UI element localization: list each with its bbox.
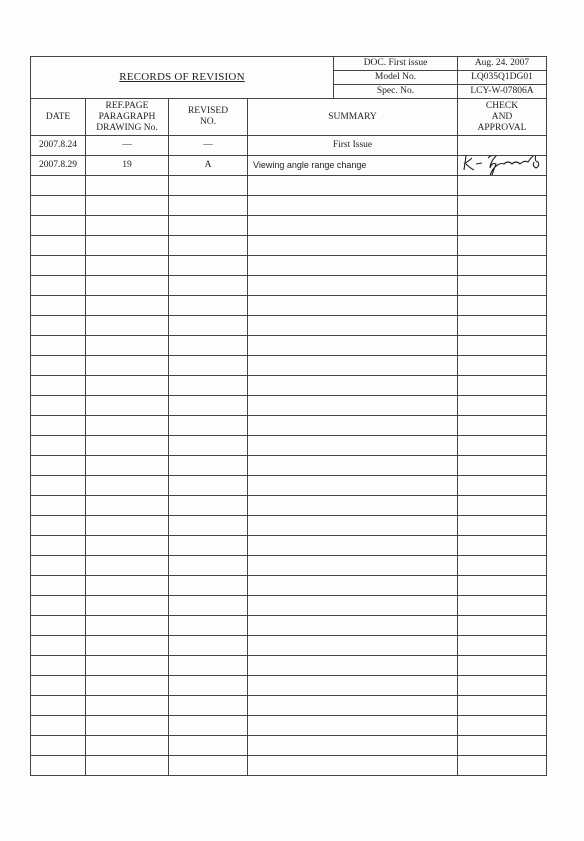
- revised-header-line-1: REVISED: [169, 106, 247, 117]
- row-summary: [248, 596, 458, 616]
- row-ref: [86, 736, 169, 756]
- column-header-row: DATE REF.PAGE PARAGRAPH DRAWING No. REVI…: [31, 99, 547, 136]
- row-date: [31, 556, 86, 576]
- row-date: [31, 456, 86, 476]
- row-date: [31, 716, 86, 736]
- row-summary: [248, 716, 458, 736]
- table-row: 2007.8.29 19 A Viewing angle range chang…: [31, 156, 547, 176]
- row-revised: [169, 636, 248, 656]
- row-summary: [248, 556, 458, 576]
- row-ref: [86, 656, 169, 676]
- row-check: [458, 276, 547, 296]
- row-check: [458, 596, 547, 616]
- row-ref: [86, 236, 169, 256]
- row-revised: [169, 196, 248, 216]
- row-check: [458, 496, 547, 516]
- revision-table: RECORDS OF REVISION DOC. First issue Aug…: [30, 56, 547, 776]
- meta-row-1: RECORDS OF REVISION DOC. First issue Aug…: [31, 57, 547, 71]
- row-check: [458, 636, 547, 656]
- table-row: [31, 356, 547, 376]
- row-date: [31, 476, 86, 496]
- row-check: [458, 456, 547, 476]
- row-revised: [169, 736, 248, 756]
- table-row: [31, 696, 547, 716]
- row-ref: 19: [86, 156, 169, 176]
- table-row: [31, 316, 547, 336]
- row-revised: [169, 256, 248, 276]
- row-ref: [86, 576, 169, 596]
- row-revised: —: [169, 136, 248, 156]
- row-check: [458, 236, 547, 256]
- row-ref: [86, 376, 169, 396]
- row-ref: [86, 256, 169, 276]
- row-date: [31, 376, 86, 396]
- row-revised: [169, 476, 248, 496]
- table-row: [31, 536, 547, 556]
- row-date: [31, 316, 86, 336]
- row-revised: [169, 576, 248, 596]
- table-row: [31, 516, 547, 536]
- row-check: [458, 176, 547, 196]
- row-summary: [248, 476, 458, 496]
- row-check: [458, 576, 547, 596]
- row-date: [31, 536, 86, 556]
- row-revised: [169, 516, 248, 536]
- document-title: RECORDS OF REVISION: [31, 57, 334, 99]
- row-check: [458, 436, 547, 456]
- ref-header-line-2: PARAGRAPH: [86, 112, 168, 123]
- row-summary: [248, 316, 458, 336]
- row-ref: [86, 596, 169, 616]
- table-row: [31, 296, 547, 316]
- row-check: [458, 616, 547, 636]
- row-check: [458, 356, 547, 376]
- row-revised: [169, 676, 248, 696]
- signature-icon: [460, 156, 546, 176]
- row-revised: [169, 376, 248, 396]
- spec-no-label: Spec. No.: [334, 85, 458, 99]
- row-ref: [86, 536, 169, 556]
- table-row: [31, 616, 547, 636]
- table-row: [31, 676, 547, 696]
- row-revised: [169, 456, 248, 476]
- row-revised: [169, 416, 248, 436]
- table-row: [31, 596, 547, 616]
- table-row: [31, 476, 547, 496]
- row-ref: [86, 556, 169, 576]
- row-ref: [86, 636, 169, 656]
- table-row: [31, 636, 547, 656]
- row-check: [458, 416, 547, 436]
- row-ref: [86, 456, 169, 476]
- row-revised: [169, 436, 248, 456]
- row-summary: [248, 256, 458, 276]
- table-row: [31, 416, 547, 436]
- table-row: [31, 236, 547, 256]
- model-no-label: Model No.: [334, 71, 458, 85]
- row-ref: [86, 476, 169, 496]
- row-ref: —: [86, 136, 169, 156]
- row-summary: [248, 176, 458, 196]
- row-revised: [169, 356, 248, 376]
- row-date: [31, 496, 86, 516]
- row-date: [31, 336, 86, 356]
- row-check: [458, 536, 547, 556]
- row-check: [458, 256, 547, 276]
- table-row: [31, 376, 547, 396]
- row-summary: [248, 236, 458, 256]
- row-date: [31, 696, 86, 716]
- blank-rows: [31, 176, 547, 776]
- table-row: [31, 756, 547, 776]
- row-revised: [169, 556, 248, 576]
- row-ref: [86, 336, 169, 356]
- row-date: [31, 236, 86, 256]
- row-summary: [248, 496, 458, 516]
- row-date: 2007.8.24: [31, 136, 86, 156]
- check-header-line-3: APPROVAL: [458, 123, 546, 134]
- row-check: [458, 696, 547, 716]
- row-check: [458, 716, 547, 736]
- row-summary: [248, 196, 458, 216]
- row-check: [458, 756, 547, 776]
- table-row: [31, 736, 547, 756]
- row-ref: [86, 296, 169, 316]
- row-revised: [169, 716, 248, 736]
- check-header-line-2: AND: [458, 112, 546, 123]
- row-revised: [169, 536, 248, 556]
- row-ref: [86, 756, 169, 776]
- row-date: [31, 636, 86, 656]
- table-row: [31, 556, 547, 576]
- row-summary: [248, 436, 458, 456]
- check-header: CHECK AND APPROVAL: [458, 99, 547, 136]
- row-revised: [169, 696, 248, 716]
- row-revised: [169, 316, 248, 336]
- row-summary: [248, 576, 458, 596]
- row-ref: [86, 436, 169, 456]
- row-check: [458, 676, 547, 696]
- row-revised: [169, 336, 248, 356]
- row-date: [31, 256, 86, 276]
- row-check: [458, 156, 547, 176]
- row-date: [31, 416, 86, 436]
- revised-header-line-2: NO.: [169, 117, 247, 128]
- row-check: [458, 316, 547, 336]
- ref-header-line-1: REF.PAGE: [86, 101, 168, 112]
- row-summary: Viewing angle range change: [248, 156, 458, 176]
- row-date: [31, 196, 86, 216]
- row-date: [31, 436, 86, 456]
- row-summary: [248, 296, 458, 316]
- revised-header: REVISED NO.: [169, 99, 248, 136]
- row-date: 2007.8.29: [31, 156, 86, 176]
- table-row: 2007.8.24 — — First Issue: [31, 136, 547, 156]
- table-row: [31, 656, 547, 676]
- row-ref: [86, 716, 169, 736]
- row-ref: [86, 316, 169, 336]
- row-revised: [169, 656, 248, 676]
- row-check: [458, 136, 547, 156]
- table-row: [31, 576, 547, 596]
- check-header-line-1: CHECK: [458, 101, 546, 112]
- row-date: [31, 756, 86, 776]
- row-date: [31, 736, 86, 756]
- ref-header-line-3: DRAWING No.: [86, 123, 168, 134]
- row-revised: [169, 236, 248, 256]
- row-summary: [248, 456, 458, 476]
- row-revised: [169, 596, 248, 616]
- row-summary: [248, 656, 458, 676]
- row-summary: [248, 756, 458, 776]
- row-summary: [248, 536, 458, 556]
- row-summary: [248, 616, 458, 636]
- row-revised: A: [169, 156, 248, 176]
- doc-first-issue-label: DOC. First issue: [334, 57, 458, 71]
- row-check: [458, 196, 547, 216]
- table-row: [31, 456, 547, 476]
- row-ref: [86, 276, 169, 296]
- row-date: [31, 656, 86, 676]
- table-row: [31, 396, 547, 416]
- ref-header: REF.PAGE PARAGRAPH DRAWING No.: [86, 99, 169, 136]
- row-ref: [86, 696, 169, 716]
- row-revised: [169, 216, 248, 236]
- row-date: [31, 276, 86, 296]
- doc-first-issue-value: Aug. 24. 2007: [458, 57, 547, 71]
- row-ref: [86, 676, 169, 696]
- spec-no-value: LCY-W-07806A: [458, 85, 547, 99]
- row-check: [458, 516, 547, 536]
- model-no-value: LQ035Q1DG01: [458, 71, 547, 85]
- table-row: [31, 436, 547, 456]
- summary-header: SUMMARY: [248, 99, 458, 136]
- row-date: [31, 616, 86, 636]
- row-revised: [169, 496, 248, 516]
- row-check: [458, 376, 547, 396]
- row-date: [31, 516, 86, 536]
- row-summary: [248, 216, 458, 236]
- row-ref: [86, 516, 169, 536]
- row-summary: [248, 696, 458, 716]
- row-check: [458, 736, 547, 756]
- row-check: [458, 556, 547, 576]
- row-summary: [248, 336, 458, 356]
- row-revised: [169, 756, 248, 776]
- row-summary: [248, 376, 458, 396]
- row-ref: [86, 196, 169, 216]
- row-date: [31, 356, 86, 376]
- table-row: [31, 196, 547, 216]
- row-summary: [248, 276, 458, 296]
- row-ref: [86, 416, 169, 436]
- table-row: [31, 336, 547, 356]
- row-ref: [86, 616, 169, 636]
- row-revised: [169, 616, 248, 636]
- row-check: [458, 296, 547, 316]
- row-summary: First Issue: [248, 136, 458, 156]
- row-date: [31, 176, 86, 196]
- row-date: [31, 676, 86, 696]
- row-revised: [169, 176, 248, 196]
- row-summary: [248, 416, 458, 436]
- table-row: [31, 716, 547, 736]
- row-ref: [86, 496, 169, 516]
- row-check: [458, 336, 547, 356]
- row-summary: [248, 676, 458, 696]
- row-check: [458, 656, 547, 676]
- table-row: [31, 216, 547, 236]
- row-check: [458, 216, 547, 236]
- row-summary: [248, 356, 458, 376]
- row-date: [31, 576, 86, 596]
- table-row: [31, 496, 547, 516]
- row-ref: [86, 396, 169, 416]
- row-revised: [169, 296, 248, 316]
- row-summary: [248, 396, 458, 416]
- row-ref: [86, 356, 169, 376]
- row-ref: [86, 216, 169, 236]
- row-check: [458, 476, 547, 496]
- row-ref: [86, 176, 169, 196]
- row-summary: [248, 516, 458, 536]
- row-date: [31, 296, 86, 316]
- row-revised: [169, 276, 248, 296]
- row-revised: [169, 396, 248, 416]
- row-date: [31, 596, 86, 616]
- row-date: [31, 216, 86, 236]
- table-row: [31, 276, 547, 296]
- table-row: [31, 176, 547, 196]
- table-row: [31, 256, 547, 276]
- row-date: [31, 396, 86, 416]
- date-header: DATE: [31, 99, 86, 136]
- row-summary: [248, 636, 458, 656]
- row-summary: [248, 736, 458, 756]
- row-check: [458, 396, 547, 416]
